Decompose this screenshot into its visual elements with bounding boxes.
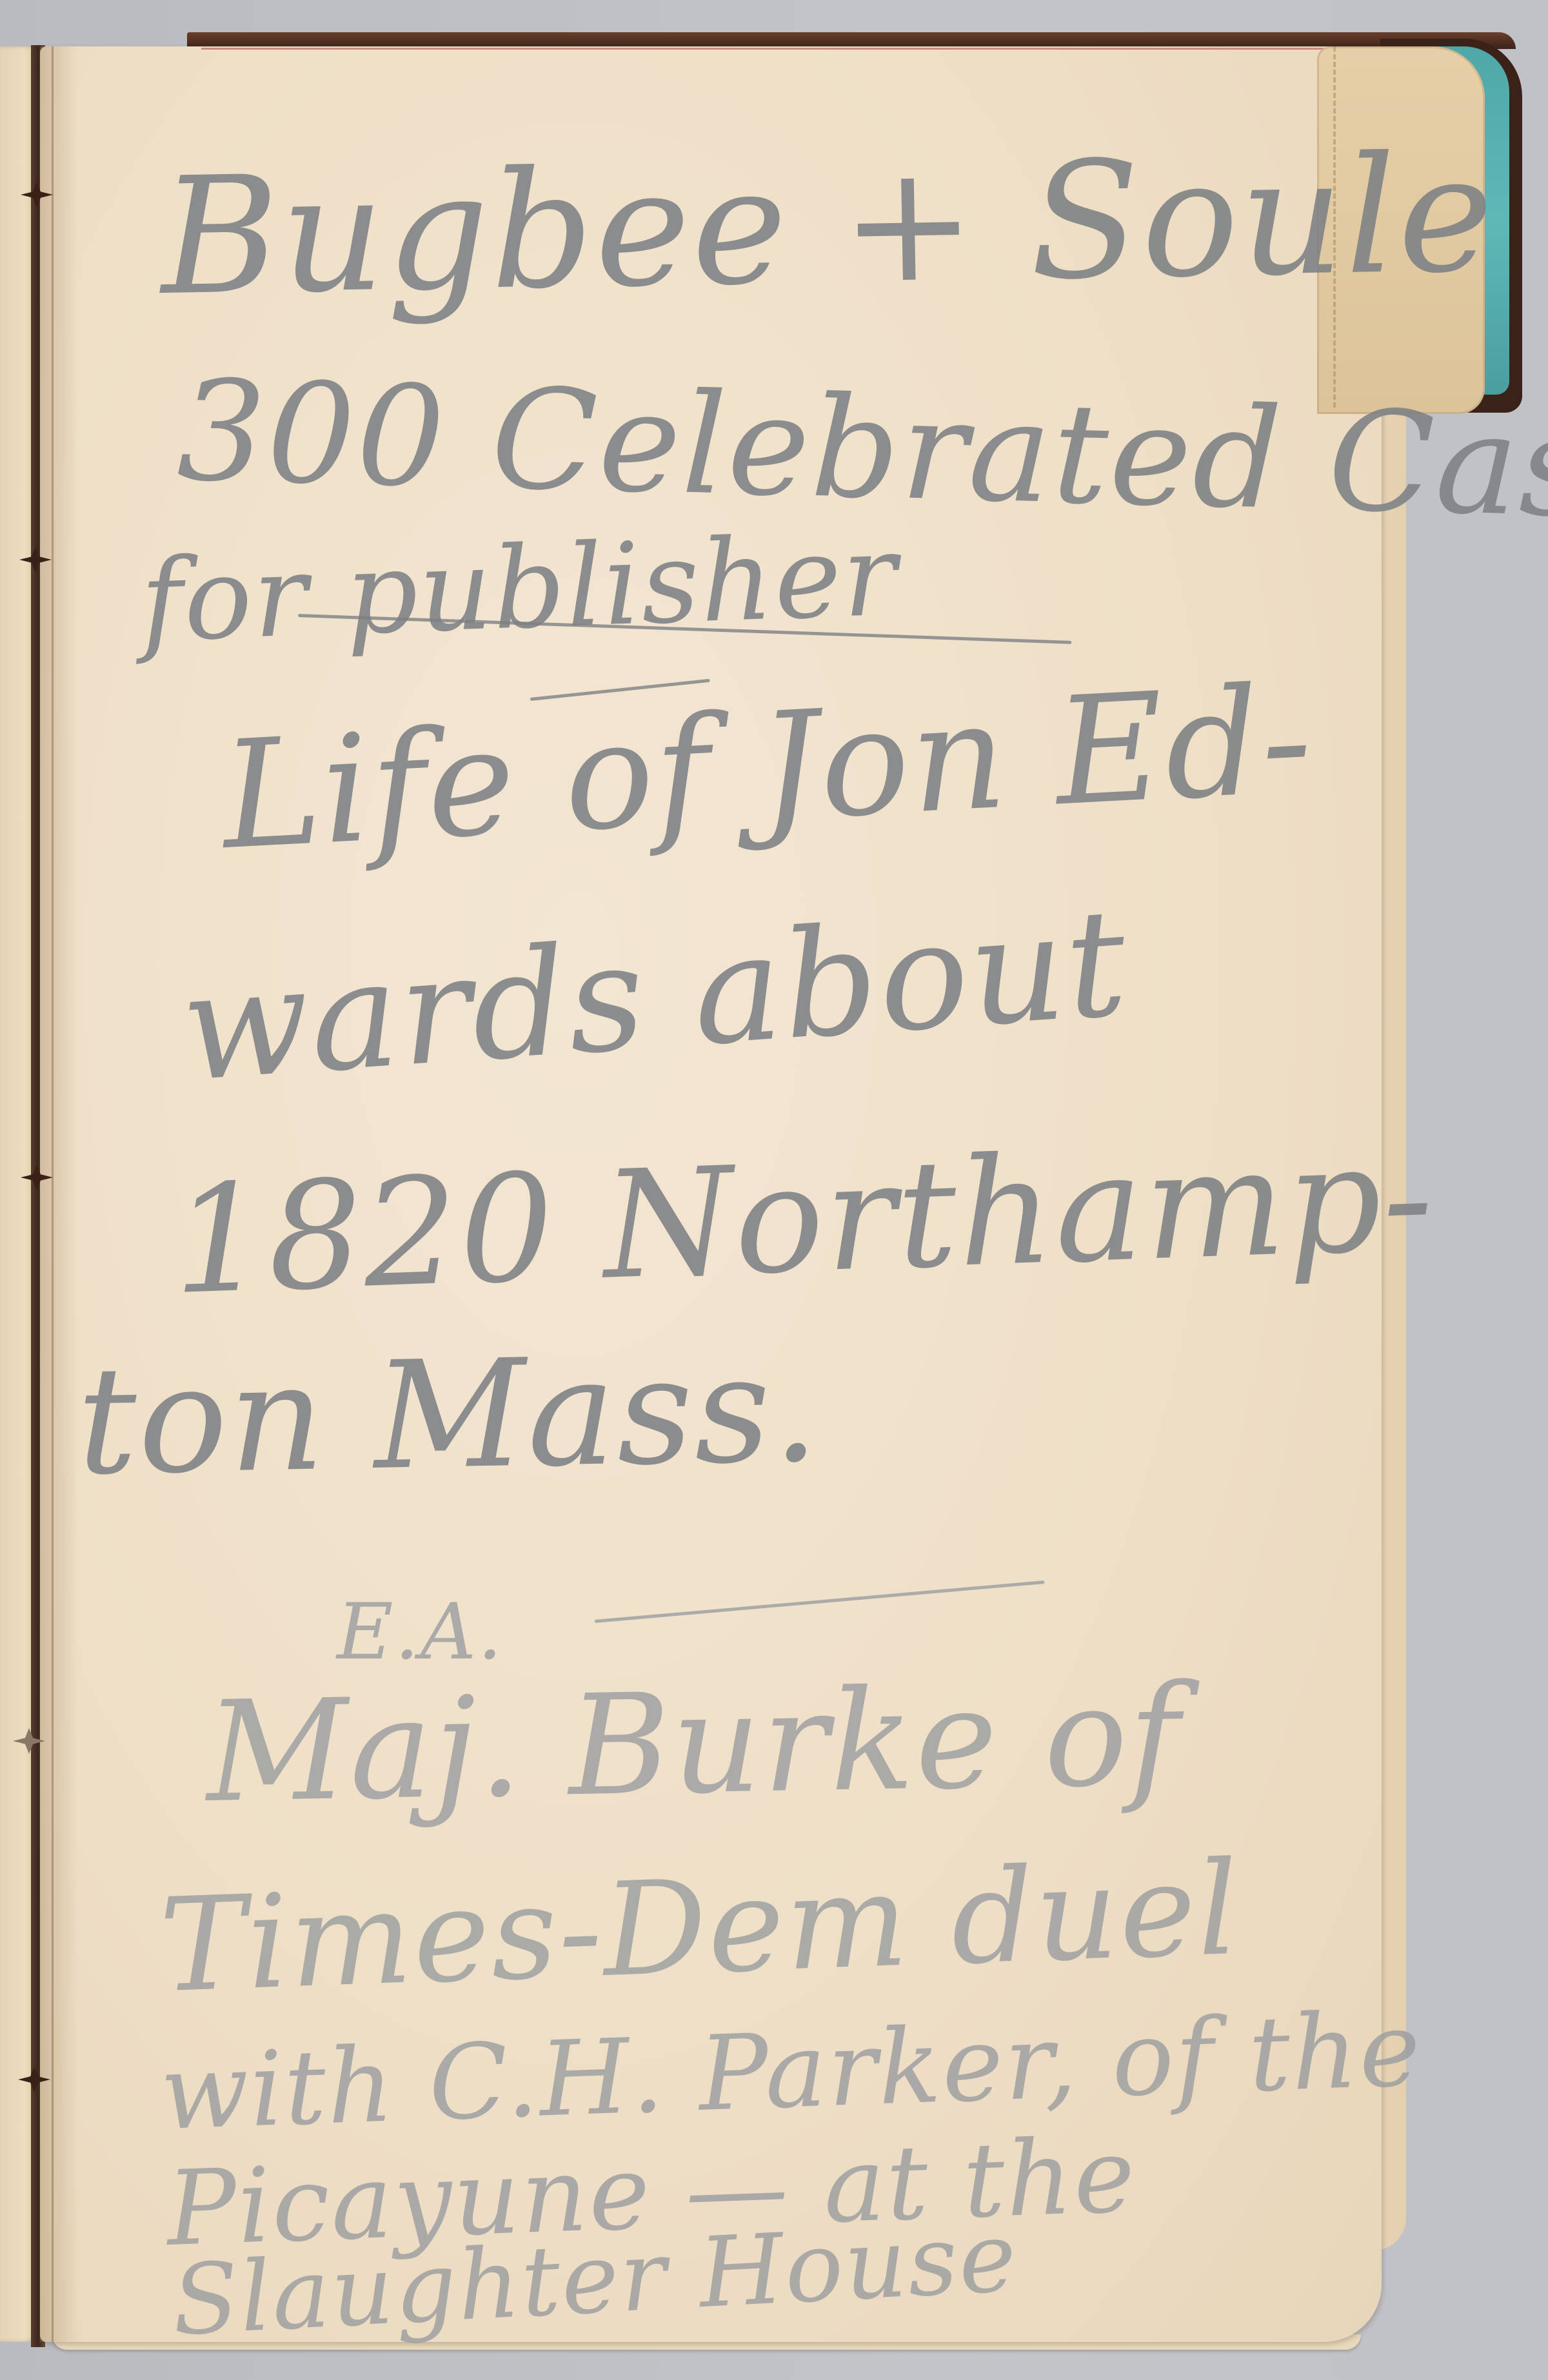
handwriting-line-7: ton Mass. [75,1323,821,1508]
pencil-arrow-line [595,1580,1045,1623]
handwriting-line-9: Maj. Burke of [205,1655,1183,1833]
gutter-shadow [40,46,79,2342]
notebook-page: Bugbee + Soule — 300 Celebrated Cases fo… [40,46,1382,2342]
top-red-rule [201,48,1362,50]
handwriting-line-4: Life of Jon Ed- [218,654,1317,883]
handwriting-line-10: Times-Dem duel [157,1834,1242,2021]
gutter-fold [52,46,54,2342]
handwriting-line-6: 1820 Northamp- [170,1112,1437,1328]
handwriting-line-3-struck: for publisher [139,510,900,667]
handwriting-line-1: Bugbee + Soule — [159,116,1548,331]
handwriting-line-8-insertion: E.A. [337,1588,504,1677]
handwriting-line-5: wards about [176,877,1133,1115]
notebook-scan: Bugbee + Soule — 300 Celebrated Cases fo… [0,0,1548,2380]
